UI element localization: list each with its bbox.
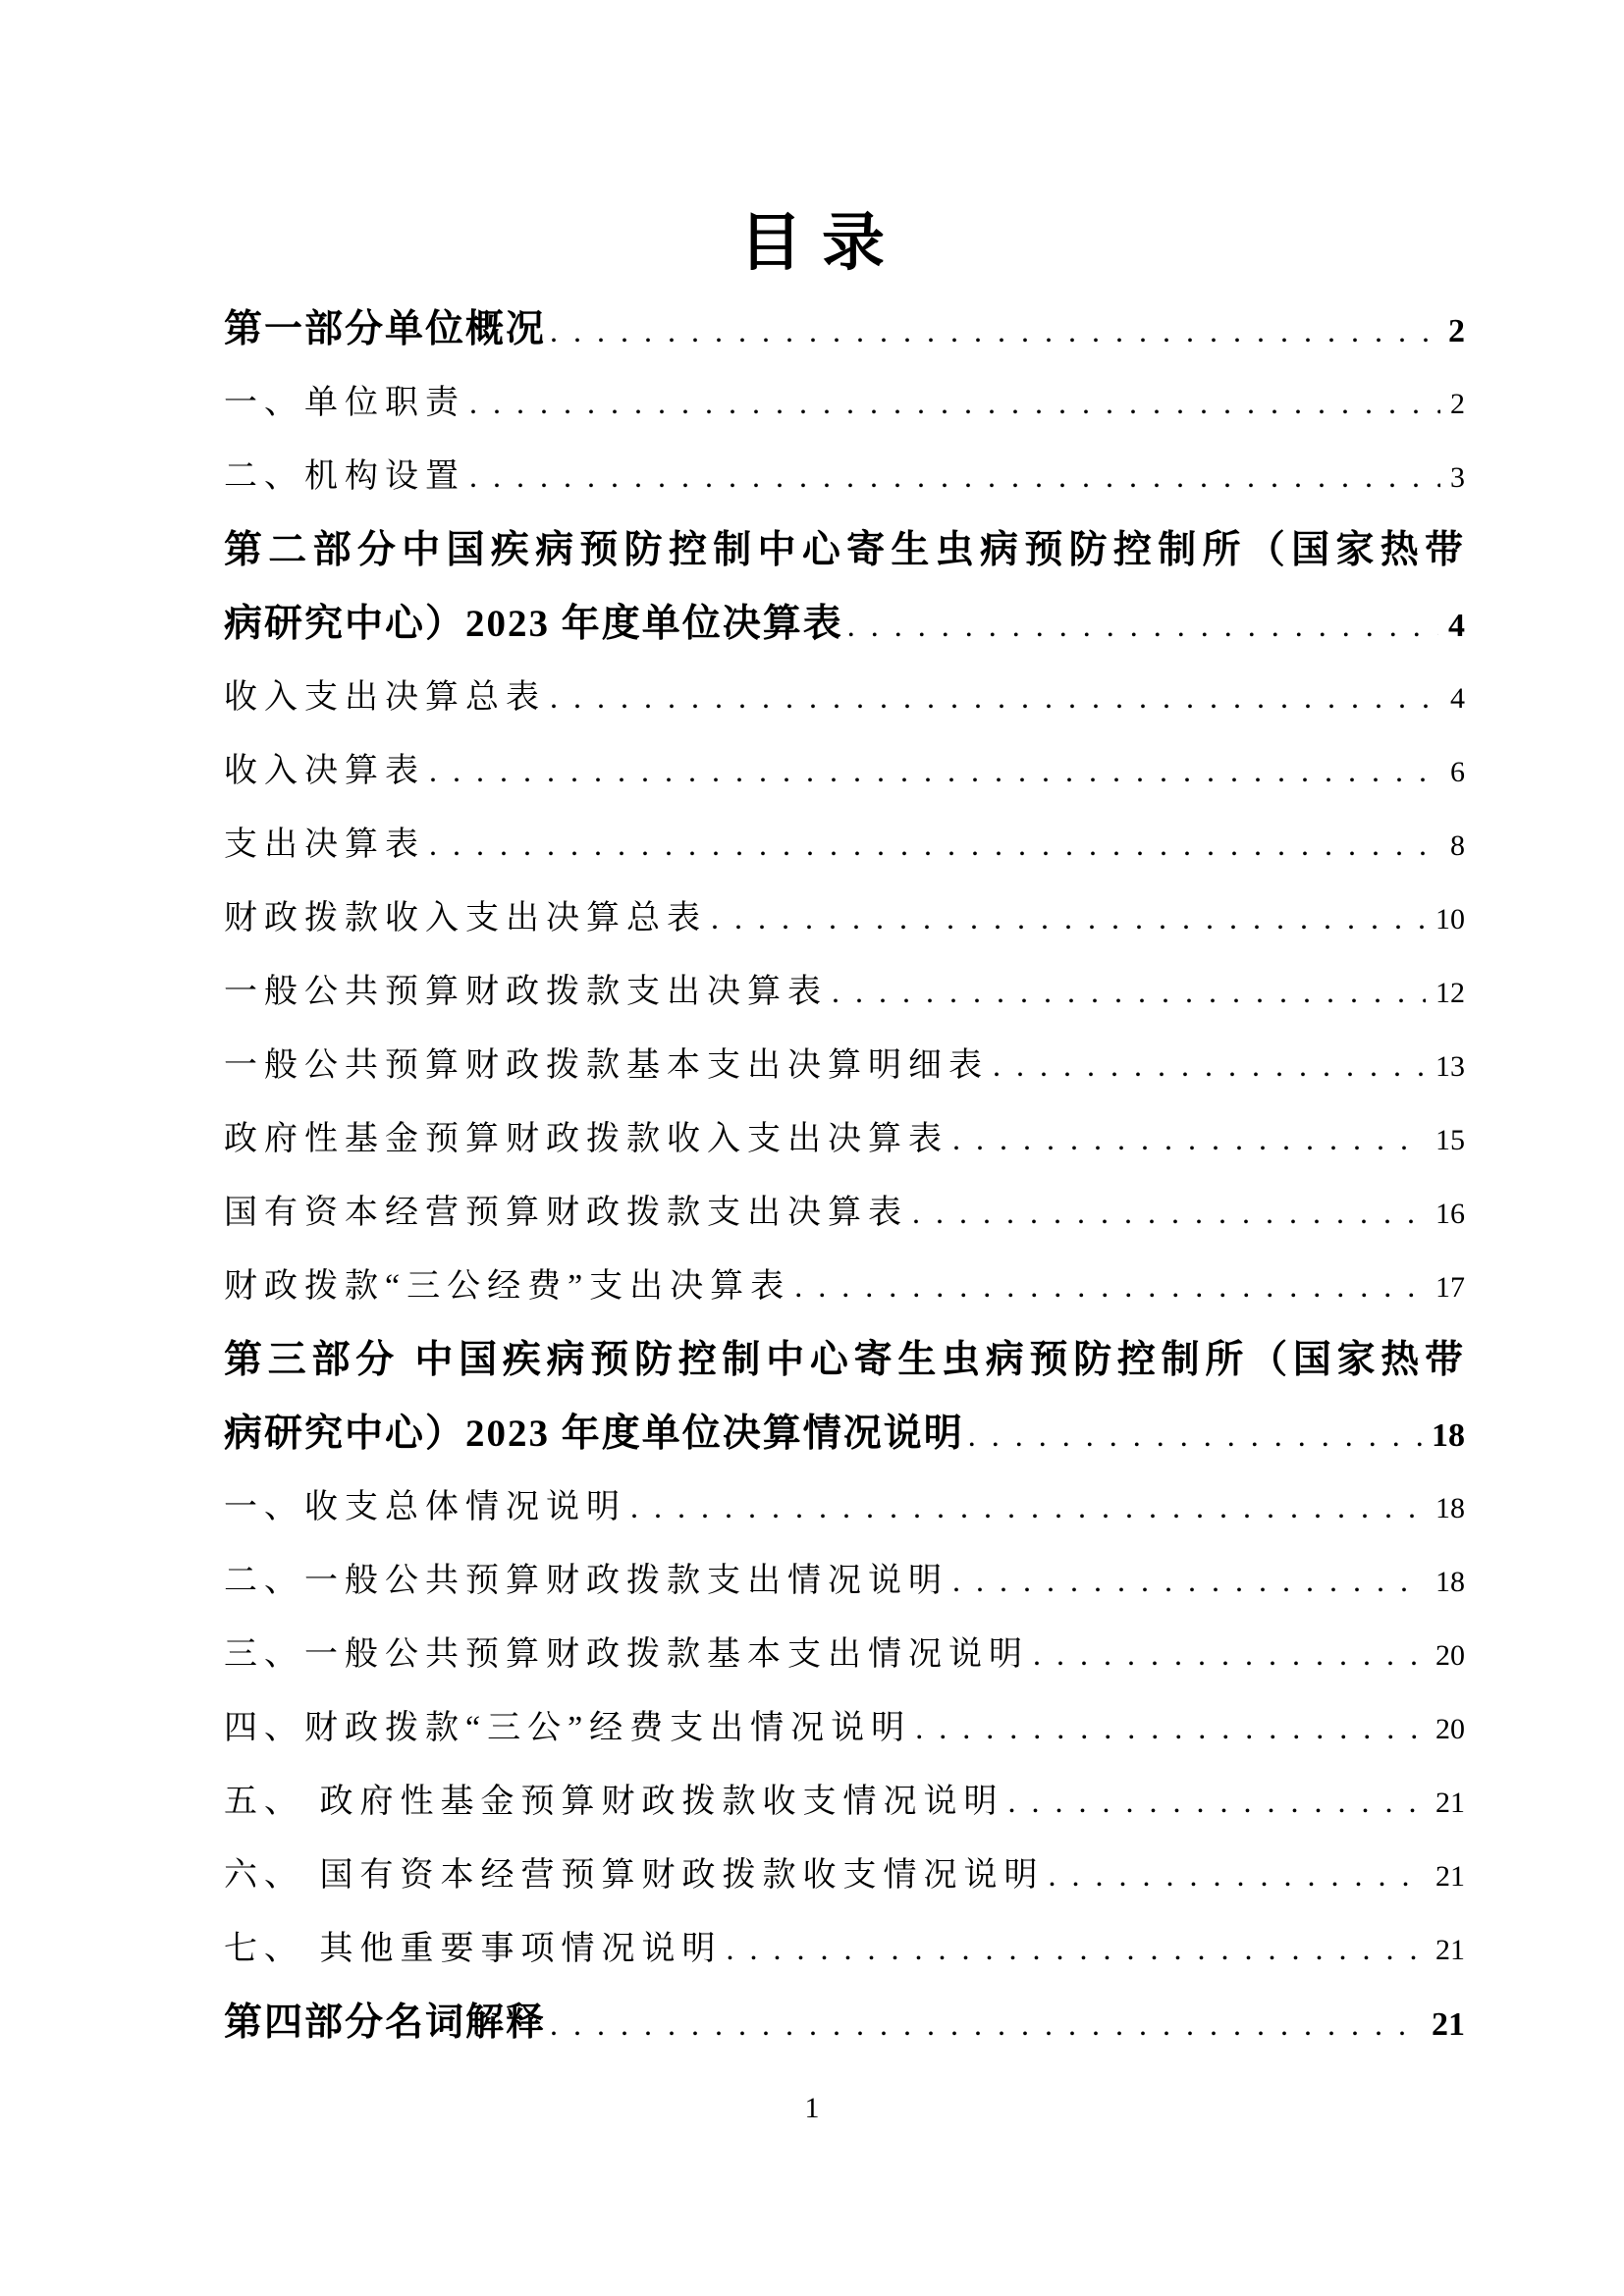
toc-entry-text: 第四部分名词解释 bbox=[224, 1986, 546, 2059]
toc-entry-text: 二、机构设置 bbox=[224, 440, 465, 513]
toc-page-number: 18 bbox=[1435, 1545, 1465, 1619]
toc-entry-text: 第三部分 中国疾病预防控制中心寄生虫病预防控制所（国家热带 bbox=[224, 1339, 1465, 1381]
toc-dot-leader bbox=[912, 1176, 1426, 1250]
toc-entry: 政府性基金预算财政拨款收入支出决算表 15 bbox=[224, 1102, 1465, 1176]
toc-entry-text: 病研究中心）2023 年度单位决算情况说明 bbox=[224, 1397, 964, 1470]
toc-entry: 二、一般公共预算财政拨款支出情况说明 18 bbox=[224, 1544, 1465, 1618]
toc-dot-leader bbox=[469, 440, 1440, 513]
toc-entry-text: 六、 国有资本经营预算财政拨款收支情况说明 bbox=[224, 1839, 1045, 1912]
footer-page-number: 1 bbox=[0, 2089, 1624, 2128]
toc-dot-leader bbox=[968, 1397, 1422, 1472]
toc-dot-leader bbox=[993, 1029, 1426, 1102]
toc-dot-leader bbox=[550, 661, 1440, 734]
toc-entry-text: 一、单位职责 bbox=[224, 366, 465, 440]
toc-entry: 第四部分名词解释 21 bbox=[224, 1986, 1465, 2059]
toc-entry-text: 一般公共预算财政拨款支出决算表 bbox=[224, 955, 828, 1029]
toc-page-number: 20 bbox=[1435, 1692, 1465, 1766]
toc-dot-leader bbox=[1008, 1765, 1427, 1839]
toc-page-number: 12 bbox=[1435, 956, 1465, 1030]
toc-page-number: 20 bbox=[1435, 1619, 1465, 1692]
toc-entry-text: 七、 其他重要事项情况说明 bbox=[224, 1912, 723, 1986]
toc-dot-leader bbox=[630, 1470, 1426, 1544]
toc-dot-leader bbox=[952, 1102, 1426, 1176]
toc-entry-text: 收入决算表 bbox=[224, 734, 425, 808]
toc-list: 第一部分单位概况 2 一、单位职责 2 二、机构设置 3 第二部分中国疾病预防控… bbox=[224, 293, 1465, 2059]
toc-page-number: 21 bbox=[1435, 1766, 1465, 1840]
toc-entry-text: 第一部分单位概况 bbox=[224, 293, 546, 366]
toc-entry: 四、财政拨款“三公”经费支出情况说明 20 bbox=[224, 1691, 1465, 1765]
page-title: 目录 bbox=[0, 208, 1624, 279]
toc-entry: 财政拨款“三公经费”支出决算表 17 bbox=[224, 1250, 1465, 1323]
toc-entry-text: 支出决算表 bbox=[224, 808, 425, 881]
toc-entry: 第三部分 中国疾病预防控制中心寄生虫病预防控制所（国家热带 bbox=[224, 1323, 1465, 1397]
toc-page-number: 6 bbox=[1450, 735, 1465, 809]
toc-page-number: 21 bbox=[1435, 1913, 1465, 1987]
toc-dot-leader bbox=[429, 808, 1440, 881]
toc-entry-text: 收入支出决算总表 bbox=[224, 661, 546, 734]
toc-dot-leader bbox=[915, 1691, 1426, 1765]
toc-dot-leader bbox=[847, 587, 1438, 663]
document-page: 目录 第一部分单位概况 2 一、单位职责 2 二、机构设置 3 第二部分中国疾病… bbox=[0, 0, 1624, 2296]
toc-entry: 第二部分中国疾病预防控制中心寄生虫病预防控制所（国家热带 bbox=[224, 513, 1465, 587]
toc-entry-text: 国有资本经营预算财政拨款支出决算表 bbox=[224, 1176, 908, 1250]
toc-entry: 七、 其他重要事项情况说明 21 bbox=[224, 1912, 1465, 1986]
toc-entry-text: 政府性基金预算财政拨款收入支出决算表 bbox=[224, 1102, 948, 1176]
toc-entry: 病研究中心）2023 年度单位决算情况说明 18 bbox=[224, 1397, 1465, 1470]
toc-entry: 一般公共预算财政拨款支出决算表 12 bbox=[224, 955, 1465, 1029]
toc-page-number: 21 bbox=[1435, 1840, 1465, 1913]
toc-page-number: 4 bbox=[1450, 662, 1465, 735]
toc-entry: 收入支出决算总表 4 bbox=[224, 661, 1465, 734]
toc-page-number: 3 bbox=[1450, 441, 1465, 514]
toc-entry-text: 三、一般公共预算财政拨款基本支出情况说明 bbox=[224, 1618, 1029, 1691]
toc-entry-text: 二、一般公共预算财政拨款支出情况说明 bbox=[224, 1544, 948, 1618]
toc-dot-leader bbox=[1033, 1618, 1426, 1691]
toc-entry-text: 一、收支总体情况说明 bbox=[224, 1470, 626, 1544]
toc-entry-text: 财政拨款“三公经费”支出决算表 bbox=[224, 1250, 790, 1323]
toc-entry: 一般公共预算财政拨款基本支出决算明细表 13 bbox=[224, 1029, 1465, 1102]
toc-dot-leader bbox=[794, 1250, 1426, 1323]
toc-dot-leader bbox=[832, 955, 1426, 1029]
toc-dot-leader bbox=[952, 1544, 1426, 1618]
toc-page-number: 18 bbox=[1432, 1399, 1465, 1472]
toc-entry-text: 财政拨款收入支出决算总表 bbox=[224, 881, 707, 955]
toc-entry-text: 四、财政拨款“三公”经费支出情况说明 bbox=[224, 1691, 911, 1765]
toc-dot-leader bbox=[1049, 1839, 1427, 1912]
toc-entry-text: 五、 政府性基金预算财政拨款收支情况说明 bbox=[224, 1765, 1004, 1839]
toc-entry: 二、机构设置 3 bbox=[224, 440, 1465, 513]
toc-dot-leader bbox=[550, 293, 1438, 368]
toc-page-number: 2 bbox=[1448, 294, 1465, 368]
toc-entry: 财政拨款收入支出决算总表 10 bbox=[224, 881, 1465, 955]
toc-page-number: 13 bbox=[1435, 1030, 1465, 1103]
toc-entry: 一、收支总体情况说明 18 bbox=[224, 1470, 1465, 1544]
toc-page-number: 21 bbox=[1432, 1988, 1465, 2061]
toc-entry: 支出决算表 8 bbox=[224, 808, 1465, 881]
toc-page-number: 16 bbox=[1435, 1177, 1465, 1251]
toc-entry-text: 第二部分中国疾病预防控制中心寄生虫病预防控制所（国家热带 bbox=[224, 529, 1465, 571]
toc-entry: 五、 政府性基金预算财政拨款收支情况说明 21 bbox=[224, 1765, 1465, 1839]
toc-page-number: 10 bbox=[1435, 882, 1465, 956]
toc-page-number: 17 bbox=[1435, 1251, 1465, 1324]
toc-page-number: 15 bbox=[1435, 1103, 1465, 1177]
toc-entry: 国有资本经营预算财政拨款支出决算表 16 bbox=[224, 1176, 1465, 1250]
toc-dot-leader bbox=[429, 734, 1440, 808]
toc-entry: 收入决算表 6 bbox=[224, 734, 1465, 808]
toc-dot-leader bbox=[727, 1912, 1427, 1986]
toc-entry: 一、单位职责 2 bbox=[224, 366, 1465, 440]
toc-dot-leader bbox=[711, 881, 1426, 955]
toc-dot-leader bbox=[550, 1986, 1422, 2061]
toc-entry: 六、 国有资本经营预算财政拨款收支情况说明 21 bbox=[224, 1839, 1465, 1912]
toc-entry: 病研究中心）2023 年度单位决算表 4 bbox=[224, 587, 1465, 661]
toc-page-number: 4 bbox=[1448, 589, 1465, 663]
toc-entry: 第一部分单位概况 2 bbox=[224, 293, 1465, 366]
toc-dot-leader bbox=[469, 366, 1440, 440]
toc-page-number: 8 bbox=[1450, 809, 1465, 882]
toc-entry-text: 一般公共预算财政拨款基本支出决算明细表 bbox=[224, 1029, 989, 1102]
toc-entry-text: 病研究中心）2023 年度单位决算表 bbox=[224, 587, 843, 661]
toc-page-number: 18 bbox=[1435, 1471, 1465, 1545]
toc-entry: 三、一般公共预算财政拨款基本支出情况说明 20 bbox=[224, 1618, 1465, 1691]
toc-page-number: 2 bbox=[1450, 367, 1465, 441]
